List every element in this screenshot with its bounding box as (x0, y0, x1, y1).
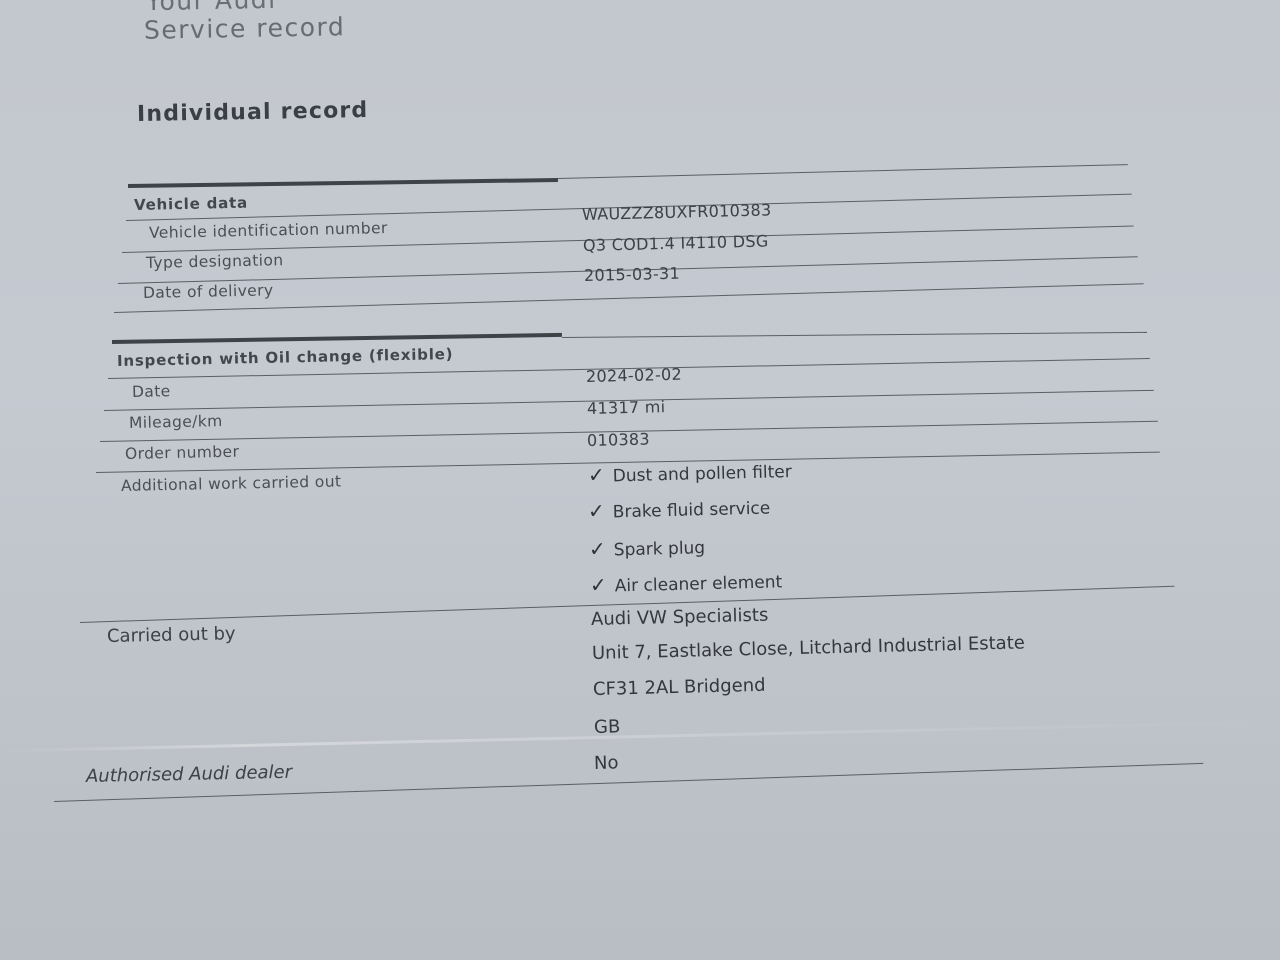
authorised-dealer-value: No (594, 752, 619, 774)
section-divider-thick (112, 333, 562, 344)
workshop-address: Unit 7, Eastlake Close, Litchard Industr… (592, 632, 1025, 664)
row-divider (558, 164, 1128, 179)
date-of-delivery-label: Date of delivery (143, 281, 274, 302)
workshop-country: GB (594, 716, 621, 738)
work-item: ✓Brake fluid service (588, 495, 771, 523)
checkmark-icon: ✓ (589, 537, 606, 561)
order-number-value: 010383 (587, 429, 650, 450)
inspection-date-label: Date (132, 382, 171, 401)
work-item-label: Dust and pollen filter (613, 462, 792, 486)
mileage-label: Mileage/km (129, 412, 223, 432)
mileage-value: 41317 mi (587, 397, 666, 418)
row-divider (562, 332, 1147, 338)
type-designation-label: Type designation (146, 251, 284, 272)
additional-work-label: Additional work carried out (121, 472, 342, 495)
order-number-label: Order number (125, 443, 240, 463)
vin-label: Vehicle identification number (149, 219, 388, 242)
type-designation-value: Q3 COD1.4 I4110 DSG (583, 231, 769, 255)
inspection-date-value: 2024-02-02 (586, 365, 682, 386)
workshop-name: Audi VW Specialists (591, 605, 769, 630)
checkmark-icon: ✓ (588, 463, 605, 487)
authorised-dealer-label: Authorised Audi dealer (86, 762, 292, 787)
work-item-label: Brake fluid service (613, 499, 771, 523)
checkmark-icon: ✓ (588, 499, 605, 523)
workshop-postcode-city: CF31 2AL Bridgend (593, 675, 766, 700)
checkmark-icon: ✓ (590, 573, 607, 597)
work-item: ✓Spark plug (589, 534, 706, 561)
document-title: Service record (144, 12, 346, 45)
work-item: ✓Air cleaner element (590, 568, 783, 597)
work-item: ✓Dust and pollen filter (588, 458, 792, 487)
inspection-heading: Inspection with Oil change (flexible) (117, 345, 454, 370)
work-item-label: Air cleaner element (615, 572, 783, 596)
service-record-page: Your Audi Service record Individual reco… (0, 0, 1280, 960)
work-item-label: Spark plug (614, 538, 706, 560)
vehicle-data-heading: Vehicle data (134, 194, 248, 214)
section-divider-thick (128, 178, 558, 188)
paper-fold (0, 720, 1280, 752)
document-subtitle: Individual record (137, 98, 369, 127)
vin-value: WAUZZZ8UXFR010383 (582, 200, 772, 224)
carried-out-by-label: Carried out by (107, 623, 236, 647)
date-of-delivery-value: 2015-03-31 (584, 264, 680, 285)
